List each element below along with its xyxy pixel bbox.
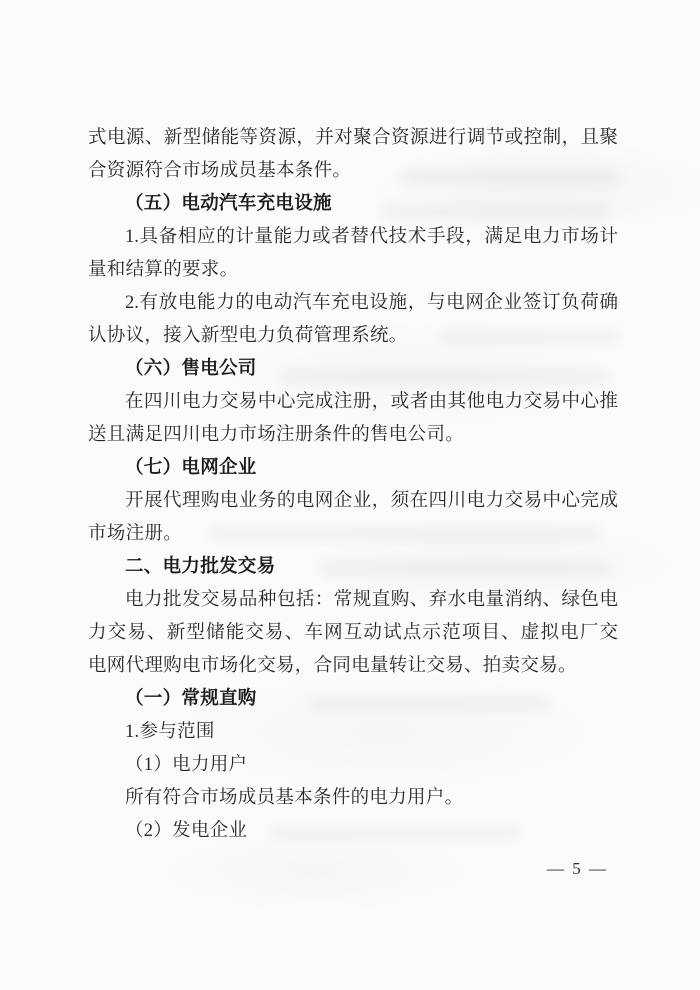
section-heading: （五）电动汽车充电设施 xyxy=(88,188,618,221)
text-line: 电网代理购电市场化交易，合同电量转让交易、拍卖交易。 xyxy=(88,650,618,683)
section-heading: （一）常规直购 xyxy=(88,683,618,716)
text-line: 合资源符合市场成员基本条件。 xyxy=(88,155,618,188)
section-heading: （七）电网企业 xyxy=(88,452,618,485)
text-line: 认协议，接入新型电力负荷管理系统。 xyxy=(88,320,618,353)
document-page: 式电源、新型储能等资源，并对聚合资源进行调节或控制，且聚 合资源符合市场成员基本… xyxy=(0,0,700,990)
text-line: 式电源、新型储能等资源，并对聚合资源进行调节或控制，且聚 xyxy=(88,122,618,155)
text-line: 量和结算的要求。 xyxy=(88,254,618,287)
section-heading: 二、电力批发交易 xyxy=(88,551,618,584)
text-line: （2）发电企业 xyxy=(88,815,618,848)
text-line: 市场注册。 xyxy=(88,518,618,551)
text-line: 开展代理购电业务的电网企业，须在四川电力交易中心完成 xyxy=(88,485,618,518)
text-line: 2.有放电能力的电动汽车充电设施，与电网企业签订负荷确 xyxy=(88,287,618,320)
text-line: （1）电力用户 xyxy=(88,749,618,782)
text-line: 1.具备相应的计量能力或者替代技术手段，满足电力市场计 xyxy=(88,221,618,254)
text-line: 力交易、新型储能交易、车网互动试点示范项目、虚拟电厂交易、 xyxy=(88,617,618,650)
text-line: 1.参与范围 xyxy=(88,716,618,749)
text-line: 送且满足四川电力市场注册条件的售电公司。 xyxy=(88,419,618,452)
document-body: 式电源、新型储能等资源，并对聚合资源进行调节或控制，且聚 合资源符合市场成员基本… xyxy=(88,122,618,848)
page-number: — 5 — xyxy=(547,856,608,882)
text-line: 电力批发交易品种包括：常规直购、弃水电量消纳、绿色电 xyxy=(88,584,618,617)
text-line: 在四川电力交易中心完成注册，或者由其他电力交易中心推 xyxy=(88,386,618,419)
text-line: 所有符合市场成员基本条件的电力用户。 xyxy=(88,782,618,815)
section-heading: （六）售电公司 xyxy=(88,353,618,386)
